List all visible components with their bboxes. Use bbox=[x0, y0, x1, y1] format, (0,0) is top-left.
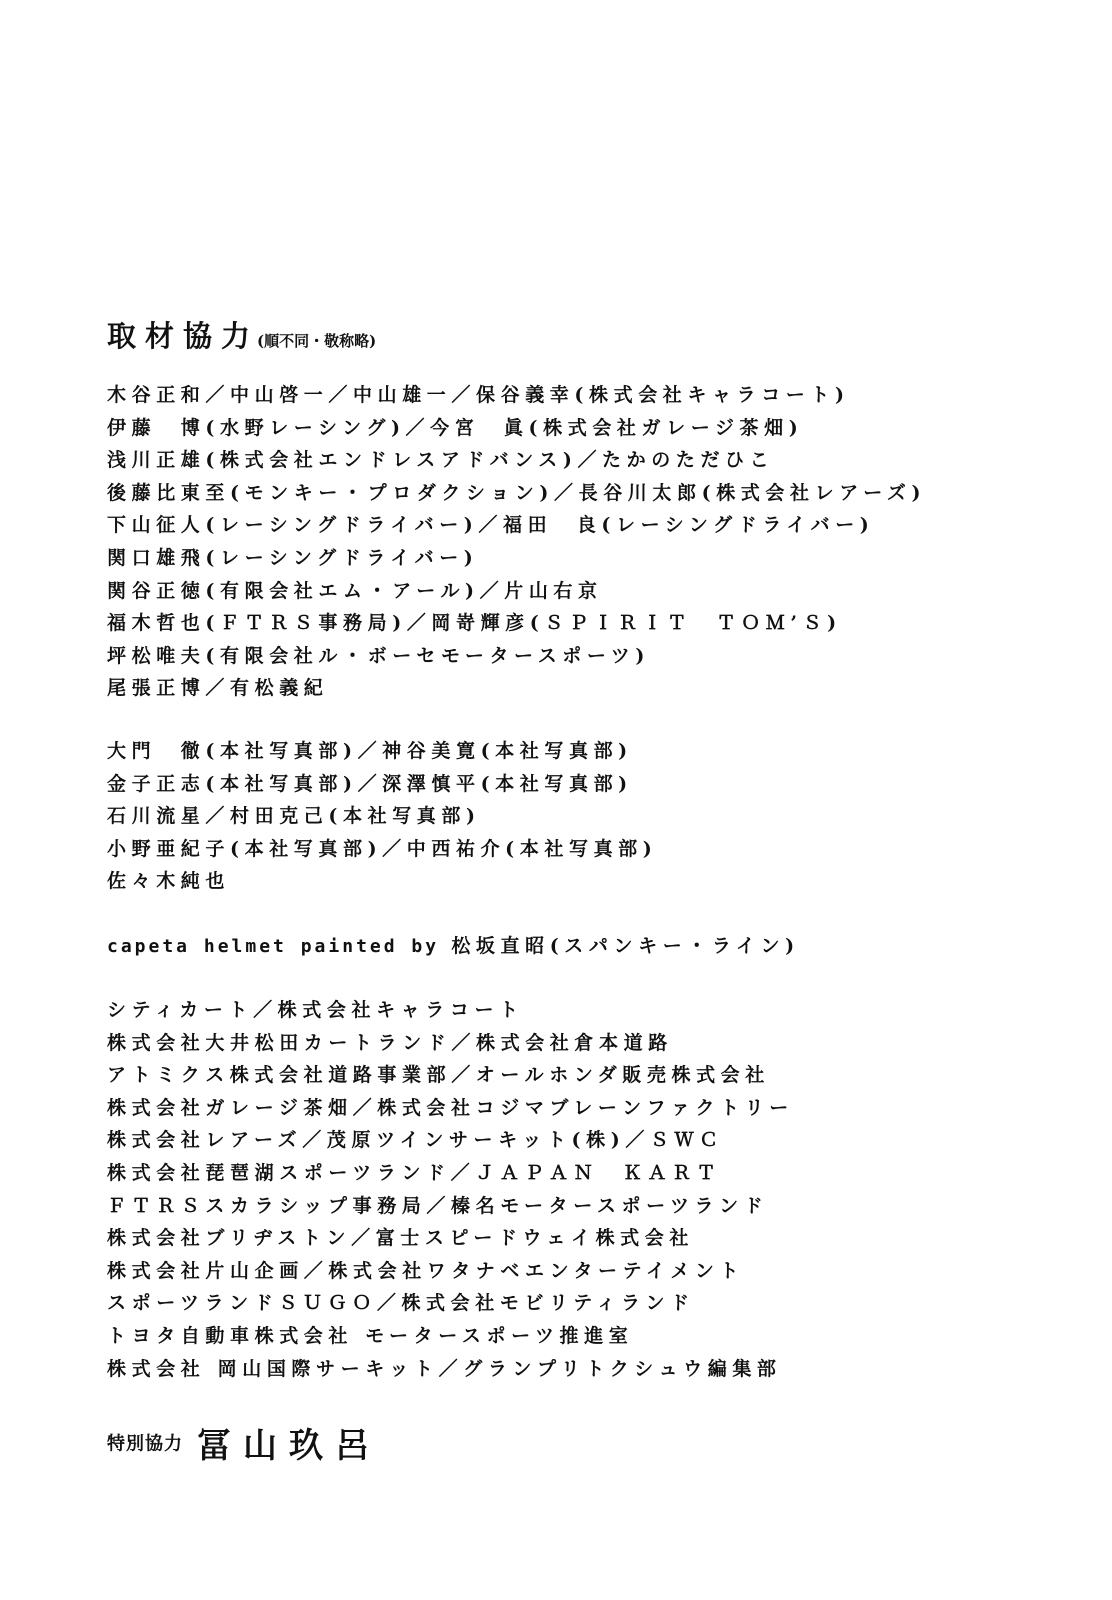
heading-title: 取材協力 bbox=[107, 319, 259, 353]
interview-cooperation-list: 木谷正和／中山啓一／中山雄一／保谷義幸(株式会社キャラコート) 伊藤 博(水野レ… bbox=[107, 379, 926, 705]
credit-line: 福木哲也(ＦＴＲＳ事務局)／岡嵜輝彦(ＳＰＩＲＩＴ ＴＯＭ’Ｓ) bbox=[107, 607, 926, 640]
credit-line: シティカート／株式会社キャラコート bbox=[107, 994, 794, 1027]
credit-line: 石川流星／村田克己(本社写真部) bbox=[107, 800, 657, 833]
credit-line: アトミクス株式会社道路事業部／オールホンダ販売株式会社 bbox=[107, 1059, 794, 1092]
credit-line: 株式会社片山企画／株式会社ワタナベエンターテイメント bbox=[107, 1255, 794, 1288]
credit-line: 株式会社 岡山国際サーキット／グランプリトクシュウ編集部 bbox=[107, 1353, 794, 1386]
credit-line: ＦＴＲＳスカラシップ事務局／榛名モータースポーツランド bbox=[107, 1190, 794, 1223]
credit-line: 木谷正和／中山啓一／中山雄一／保谷義幸(株式会社キャラコート) bbox=[107, 379, 926, 412]
heading-note: (順不同・敬称略) bbox=[257, 332, 376, 350]
credit-line: 大門 徹(本社写真部)／神谷美寛(本社写真部) bbox=[107, 735, 657, 768]
credit-line: 株式会社レアーズ／茂原ツインサーキット(株)／ＳＷＣ bbox=[107, 1124, 794, 1157]
credit-line: 下山征人(レーシングドライバー)／福田 良(レーシングドライバー) bbox=[107, 509, 926, 542]
credit-line: 坪松唯夫(有限会社ル・ボーセモータースポーツ) bbox=[107, 640, 926, 673]
credit-line: 浅川正雄(株式会社エンドレスアドバンス)／たかのただひこ bbox=[107, 444, 926, 477]
credit-line: 伊藤 博(水野レーシング)／今宮 眞(株式会社ガレージ茶畑) bbox=[107, 412, 926, 445]
credit-line: 株式会社大井松田カートランド／株式会社倉本道路 bbox=[107, 1027, 794, 1060]
company-cooperation-list: シティカート／株式会社キャラコート 株式会社大井松田カートランド／株式会社倉本道… bbox=[107, 994, 794, 1385]
credit-line: トヨタ自動車株式会社 モータースポーツ推進室 bbox=[107, 1320, 794, 1353]
photo-department-list: 大門 徹(本社写真部)／神谷美寛(本社写真部) 金子正志(本社写真部)／深澤慎平… bbox=[107, 735, 657, 898]
credit-line: スポーツランドＳＵＧＯ／株式会社モビリティランド bbox=[107, 1287, 794, 1320]
credit-line: 関谷正徳(有限会社エム・アール)／片山右京 bbox=[107, 575, 926, 608]
credit-line: 佐々木純也 bbox=[107, 865, 657, 898]
credit-line: 株式会社ガレージ茶畑／株式会社コジマブレーンファクトリー bbox=[107, 1092, 794, 1125]
helmet-credit-name: 松坂直昭(スパンキー・ライン) bbox=[451, 935, 799, 957]
credits-heading: 取材協力(順不同・敬称略) bbox=[107, 314, 376, 355]
credit-line: 金子正志(本社写真部)／深澤慎平(本社写真部) bbox=[107, 768, 657, 801]
helmet-credit-prefix: capeta helmet painted by bbox=[107, 936, 439, 957]
credit-line: 株式会社琵琶湖スポーツランド／ＪＡＰＡＮ ＫＡＲＴ bbox=[107, 1157, 794, 1190]
special-cooperation: 特別協力冨山玖呂 bbox=[107, 1418, 381, 1467]
special-cooperation-name: 冨山玖呂 bbox=[197, 1426, 381, 1466]
special-cooperation-label: 特別協力 bbox=[107, 1434, 183, 1455]
credit-line: 株式会社ブリヂストン／富士スピードウェイ株式会社 bbox=[107, 1222, 794, 1255]
credit-line: 尾張正博／有松義紀 bbox=[107, 672, 926, 705]
credit-line: 小野亜紀子(本社写真部)／中西祐介(本社写真部) bbox=[107, 833, 657, 866]
credit-line: 関口雄飛(レーシングドライバー) bbox=[107, 542, 926, 575]
helmet-credit: capeta helmet painted by 松坂直昭(スパンキー・ライン) bbox=[107, 930, 800, 963]
credit-line: 後藤比東至(モンキー・プロダクション)／長谷川太郎(株式会社レアーズ) bbox=[107, 477, 926, 510]
